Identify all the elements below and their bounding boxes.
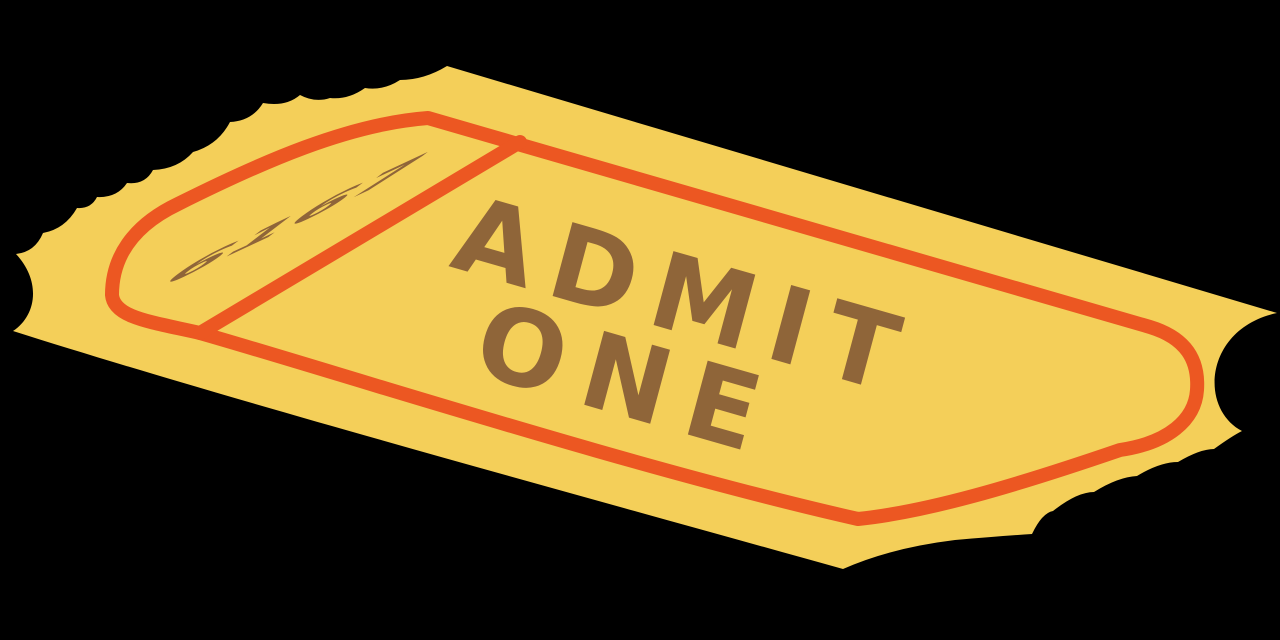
ticket-canvas: 6167 ADMIT ONE bbox=[0, 0, 1280, 640]
ticket-illustration: 6167 ADMIT ONE bbox=[0, 0, 1280, 640]
